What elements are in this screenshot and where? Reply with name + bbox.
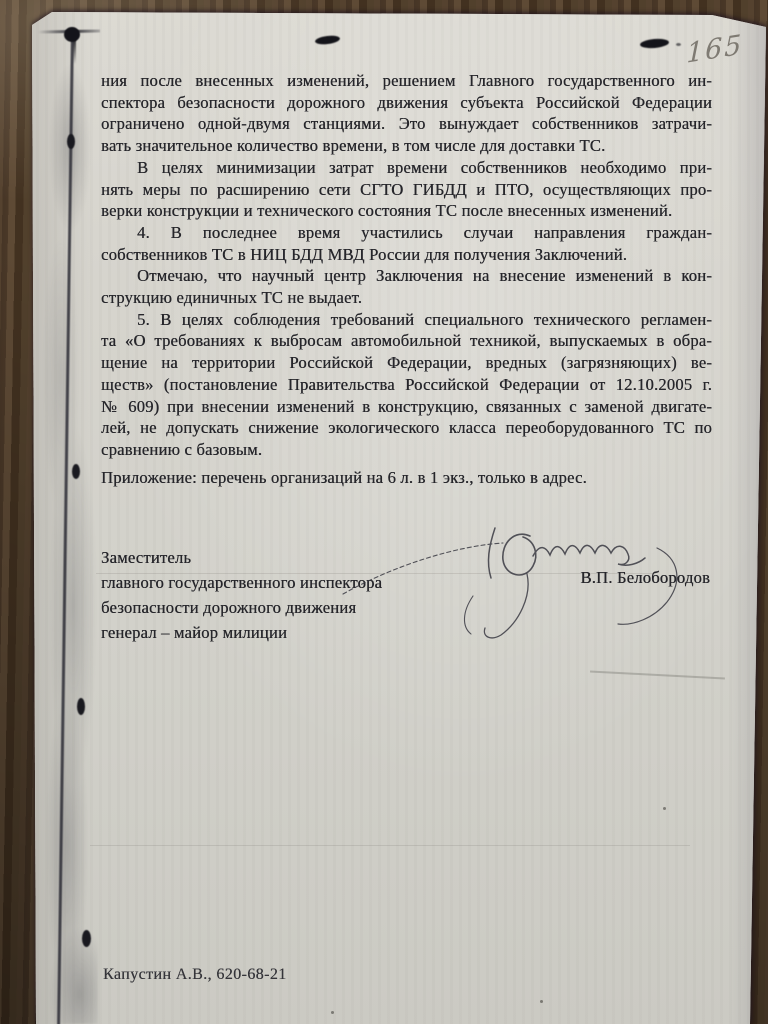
ink-dot bbox=[676, 43, 681, 46]
text-line: ния после внесенных изменений, решением … bbox=[101, 70, 712, 92]
text-line: № 609) при внесении изменений в конструк… bbox=[101, 396, 712, 418]
text-line: ществ» (постановление Правительства Росс… bbox=[101, 374, 712, 396]
speck bbox=[331, 1011, 334, 1014]
paragraph: В целях минимизации затрат времени собст… bbox=[101, 157, 712, 222]
text-line: 5. В целях соблюдения требований специал… bbox=[101, 309, 712, 331]
staple-mark-right bbox=[640, 38, 670, 49]
crease-blot bbox=[77, 698, 85, 715]
scanned-letter-photo: 165 ния после внесенных изменений, решен… bbox=[0, 0, 768, 1024]
text-line: щение на территории Российской Федерации… bbox=[101, 352, 712, 374]
crease-blot bbox=[82, 930, 91, 947]
text-line: Отмечаю, что научный центр Заключения на… bbox=[101, 265, 712, 287]
text-line: верки конструкции и технического состоян… bbox=[101, 200, 712, 222]
handwritten-page-number: 165 bbox=[686, 29, 743, 69]
paragraph: Отмечаю, что научный центр Заключения на… bbox=[101, 265, 712, 308]
scan-streak bbox=[90, 845, 690, 846]
text-line: ограничено одной-двумя станциями. Это вы… bbox=[101, 113, 712, 135]
paragraph: 5. В целях соблюдения требований специал… bbox=[101, 309, 712, 461]
text-line: сравнению с базовым. bbox=[101, 439, 712, 461]
letter-body: ния после внесенных изменений, решением … bbox=[101, 70, 712, 645]
body-paragraphs: ния после внесенных изменений, решением … bbox=[101, 70, 712, 461]
text-line: вать значительное количество времени, в … bbox=[101, 135, 712, 157]
document-page: 165 ния после внесенных изменений, решен… bbox=[0, 0, 768, 1024]
text-line: 4. В последнее время участились случаи н… bbox=[101, 222, 712, 244]
text-line: спектора безопасности дорожного движения… bbox=[101, 92, 712, 114]
staple-mark-left bbox=[64, 27, 80, 42]
speck bbox=[540, 1000, 543, 1003]
text-line: та «О требованиях к выбросам автомобильн… bbox=[101, 330, 712, 352]
text-line: собственников ТС в НИЦ БДД МВД России дл… bbox=[101, 244, 712, 266]
crease-blot bbox=[67, 134, 75, 149]
paper-sheet-wrap: 165 ния после внесенных изменений, решен… bbox=[0, 0, 768, 1024]
executor-contact: Капустин А.В., 620-68-21 bbox=[103, 966, 287, 984]
text-line: лей, не допускать снижение экологическог… bbox=[101, 417, 712, 439]
crease-blot bbox=[72, 464, 80, 479]
text-line: струкцию единичных ТС не выдает. bbox=[101, 287, 712, 309]
signer-name: В.П. Белобородов bbox=[580, 565, 710, 590]
toner-drip bbox=[73, 38, 76, 64]
toner-smudge-band bbox=[36, 28, 98, 1024]
text-line: безопасности дорожного движения bbox=[101, 595, 712, 620]
signature-block: Заместительглавного государственного инс… bbox=[101, 545, 712, 645]
text-line: В целях минимизации затрат времени собст… bbox=[101, 157, 712, 179]
attachment-line: Приложение: перечень организаций на 6 л.… bbox=[101, 467, 712, 489]
staple-mark-center bbox=[315, 35, 341, 46]
text-line: нять меры по расширению сети СГТО ГИБДД … bbox=[101, 179, 712, 201]
signer-title-lines: Заместительглавного государственного инс… bbox=[101, 545, 712, 645]
pencil-scratch bbox=[590, 670, 725, 679]
paragraph: ния после внесенных изменений, решением … bbox=[101, 70, 712, 157]
text-line: генерал – майор милиции bbox=[101, 620, 712, 645]
speck bbox=[663, 807, 666, 810]
paragraph: 4. В последнее время участились случаи н… bbox=[101, 222, 712, 265]
